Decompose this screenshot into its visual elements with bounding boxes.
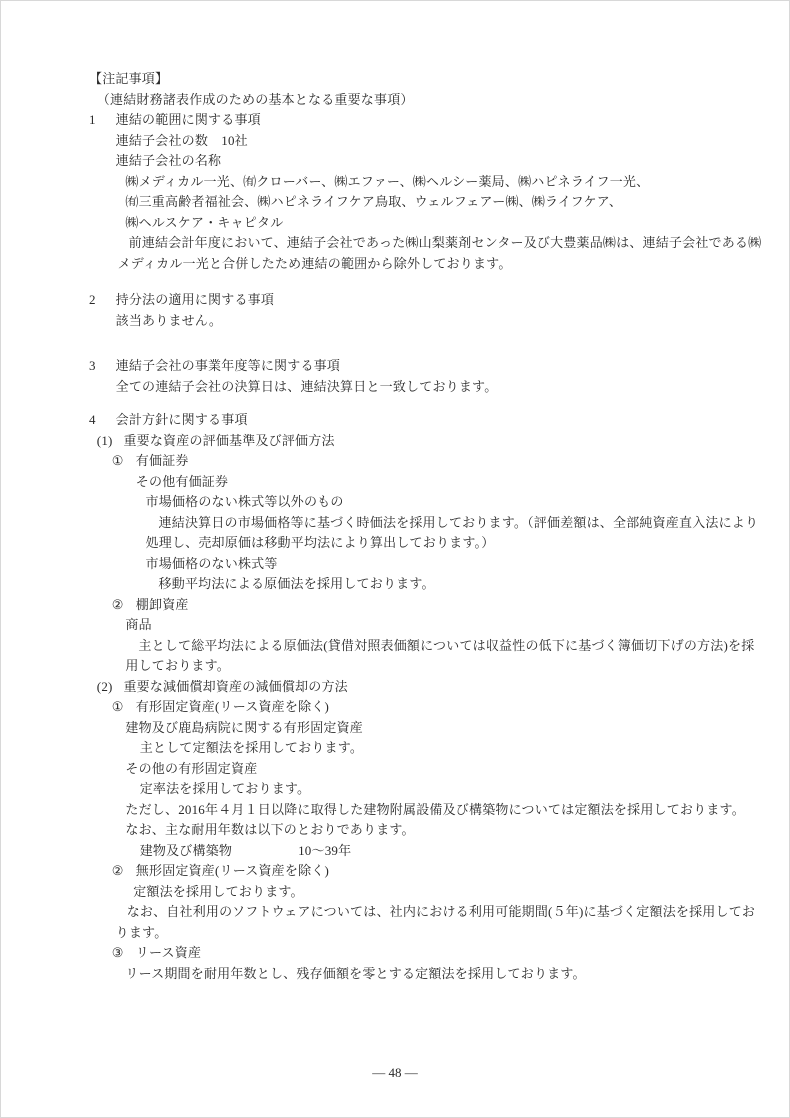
line-marker: (2) (97, 677, 124, 698)
company-names-line: ㈱メディカル一光、㈲クローバー、㈱エファー、㈱ヘルシー薬局、㈱ハピネライフ一光、 (1, 172, 789, 193)
line-text: 処理し、売却原価は移動平均法により算出しております。） (146, 535, 495, 550)
line-text: 連結子会社の事業年度等に関する事項 (116, 358, 340, 373)
line-text: 連結決算日の市場価格等に基づく時価法を採用しております。（評価差額は、全部純資産… (159, 515, 759, 530)
declining-balance-line: 定率法を採用しております。 (1, 779, 789, 800)
line-text: 有価証券 (136, 453, 189, 468)
line-text: 商品 (125, 617, 151, 632)
line-text: 有形固定資産(リース資産を除く) (136, 699, 329, 714)
line-text: ります。 (116, 925, 168, 940)
line-text: 移動平均法による原価法を採用しております。 (159, 576, 435, 591)
line-text: 全ての連結子会社の決算日は、連結決算日と一致しております。 (116, 379, 498, 394)
section-4-heading: 4会計方針に関する事項 (1, 410, 789, 431)
other-securities-label: その他有価証券 (1, 472, 789, 493)
line-marker: ③ (112, 943, 136, 964)
line-text: 定額法を採用しております。 (133, 884, 304, 899)
section-3-heading: 3連結子会社の事業年度等に関する事項 (1, 356, 789, 377)
company-names-line: ㈱ヘルスケア・キャピタル (1, 213, 789, 234)
line-text: リース期間を耐用年数とし、残存価額を零とする定額法を採用しております。 (125, 966, 585, 981)
item-inventory-heading: ②棚卸資産 (1, 595, 789, 616)
line-text: 市場価格のない株式等 (146, 556, 278, 571)
line-marker: 4 (89, 410, 116, 431)
line-text: 建物及び構築物 10～39年 (140, 843, 352, 858)
merger-note-line: メディカル一光と合併したため連結の範囲から除外しております。 (1, 254, 789, 275)
line-text: 【注記事項】 (89, 71, 168, 86)
section-gap (1, 397, 789, 410)
merger-note-line: 前連結会計年度において、連結子会社であった㈱山梨薬剤センター及び大豊薬品㈱は、連… (1, 233, 789, 254)
buildings-hospital-label: 建物及び鹿島病院に関する有形固定資産 (1, 718, 789, 739)
line-text: 前連結会計年度において、連結子会社であった㈱山梨薬剤センター及び大豊薬品㈱は、連… (129, 235, 762, 250)
line-text: ㈲三重高齢者福祉会、㈱ハピネライフケア鳥取、ウェルフェアー㈱、㈱ライフケア、 (125, 194, 622, 209)
no-market-price-label: 市場価格のない株式等 (1, 554, 789, 575)
useful-life-value-line: 建物及び構築物 10～39年 (1, 841, 789, 862)
line-marker: 2 (89, 290, 116, 311)
lease-method-line: リース期間を耐用年数とし、残存価額を零とする定額法を採用しております。 (1, 964, 789, 985)
subsidiaries-count: 連結子会社の数 10社 (1, 131, 789, 152)
section-2-heading: 2持分法の適用に関する事項 (1, 290, 789, 311)
line-marker: (1) (97, 431, 124, 452)
section-2-body: 該当ありません。 (1, 311, 789, 332)
useful-life-note-line: なお、主な耐用年数は以下のとおりであります。 (1, 820, 789, 841)
intangible-method-line: 定額法を採用しております。 (1, 882, 789, 903)
line-text: メディカル一光と合併したため連結の範囲から除外しております。 (118, 256, 512, 271)
line-text: なお、主な耐用年数は以下のとおりであります。 (125, 822, 414, 837)
line-text: 主として総平均法による原価法(貸借対照表価額については収益性の低下に基づく簿価切… (138, 638, 754, 653)
line-text: （連結財務諸表作成のための基本となる重要な事項） (97, 92, 414, 107)
line-marker: ① (112, 697, 136, 718)
goods-label: 商品 (1, 615, 789, 636)
section-3-body: 全ての連結子会社の決算日は、連結決算日と一致しております。 (1, 377, 789, 398)
item-lease-heading: ③リース資産 (1, 943, 789, 964)
section-gap (1, 331, 789, 356)
straight-line-method-line: 主として定額法を採用しております。 (1, 738, 789, 759)
item-intangible-heading: ②無形固定資産(リース資産を除く) (1, 861, 789, 882)
company-names-line: ㈲三重高齢者福祉会、㈱ハピネライフケア鳥取、ウェルフェアー㈱、㈱ライフケア、 (1, 192, 789, 213)
line-text: 重要な資産の評価基準及び評価方法 (123, 433, 334, 448)
document-content: 【注記事項】（連結財務諸表作成のための基本となる重要な事項）1連結の範囲に関する… (1, 69, 789, 984)
item-securities-heading: ①有価証券 (1, 451, 789, 472)
inventory-method-line: 用しております。 (1, 656, 789, 677)
subsection-2-heading: (2)重要な減価償却資産の減価償却の方法 (1, 677, 789, 698)
line-text: 連結の範囲に関する事項 (116, 112, 261, 127)
line-text: 定率法を採用しております。 (140, 781, 311, 796)
line-text: 市場価格のない株式等以外のもの (146, 494, 344, 509)
line-marker: 3 (89, 356, 116, 377)
document-page: 【注記事項】（連結財務諸表作成のための基本となる重要な事項）1連結の範囲に関する… (0, 0, 790, 1118)
tangible-note-line: ただし、2016年４月１日以降に取得した建物附属設備及び構築物については定額法を… (1, 800, 789, 821)
line-marker: ② (112, 595, 136, 616)
cost-method-line: 移動平均法による原価法を採用しております。 (1, 574, 789, 595)
line-text: なお、自社利用のソフトウェアについては、社内における利用可能期間(５年)に基づく… (127, 904, 755, 919)
line-text: 棚卸資産 (136, 597, 189, 612)
line-text: ㈱メディカル一光、㈲クローバー、㈱エファー、㈱ヘルシー薬局、㈱ハピネライフ一光、 (125, 174, 649, 189)
item-tangible-heading: ①有形固定資産(リース資産を除く) (1, 697, 789, 718)
line-text: 建物及び鹿島病院に関する有形固定資産 (125, 720, 363, 735)
line-text: 該当ありません。 (116, 313, 222, 328)
market-price-other-label: 市場価格のない株式等以外のもの (1, 492, 789, 513)
page-footer: ― 48 ― (1, 1063, 789, 1083)
inventory-method-line: 主として総平均法による原価法(貸借対照表価額については収益性の低下に基づく簿価切… (1, 636, 789, 657)
line-text: 重要な減価償却資産の減価償却の方法 (123, 679, 347, 694)
line-text: 用しております。 (125, 658, 230, 673)
line-text: リース資産 (136, 945, 201, 960)
other-tangible-label: その他の有形固定資産 (1, 759, 789, 780)
line-marker: ① (112, 451, 136, 472)
page-number: ― 48 ― (372, 1065, 418, 1080)
line-text: 無形固定資産(リース資産を除く) (136, 863, 329, 878)
note-subtitle: （連結財務諸表作成のための基本となる重要な事項） (1, 90, 789, 111)
subsidiaries-names-label: 連結子会社の名称 (1, 151, 789, 172)
section-1-heading: 1連結の範囲に関する事項 (1, 110, 789, 131)
section-gap (1, 274, 789, 290)
line-marker: ② (112, 861, 136, 882)
note-title: 【注記事項】 (1, 69, 789, 90)
line-text: 連結子会社の数 10社 (116, 133, 248, 148)
line-text: ただし、2016年４月１日以降に取得した建物附属設備及び構築物については定額法を… (125, 802, 745, 817)
line-text: ㈱ヘルスケア・キャピタル (125, 215, 283, 230)
line-text: その他有価証券 (136, 474, 228, 489)
line-marker: 1 (89, 110, 116, 131)
line-text: 主として定額法を採用しております。 (140, 740, 363, 755)
line-text: その他の有形固定資産 (125, 761, 257, 776)
line-text: 連結子会社の名称 (116, 153, 222, 168)
subsection-1-heading: (1)重要な資産の評価基準及び評価方法 (1, 431, 789, 452)
line-text: 会計方針に関する事項 (116, 412, 248, 427)
line-text: 持分法の適用に関する事項 (116, 292, 274, 307)
software-note-line: なお、自社利用のソフトウェアについては、社内における利用可能期間(５年)に基づく… (1, 902, 789, 923)
valuation-method-line: 処理し、売却原価は移動平均法により算出しております。） (1, 533, 789, 554)
software-note-line: ります。 (1, 923, 789, 944)
valuation-method-line: 連結決算日の市場価格等に基づく時価法を採用しております。（評価差額は、全部純資産… (1, 513, 789, 534)
